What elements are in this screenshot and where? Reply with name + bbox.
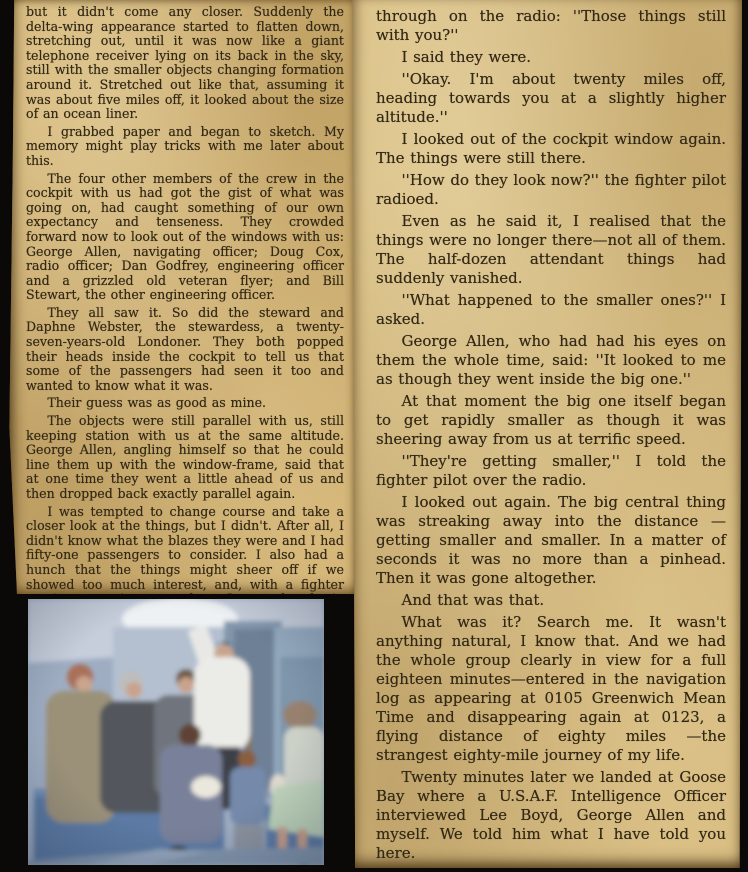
article-paragraph: ''They're getting smaller,'' I told the … [376,452,726,490]
right-column-clipping: through on the radio: ''Those things sti… [352,0,742,868]
article-paragraph: Twenty minutes later we landed at Goose … [376,768,726,863]
left-column-clipping: but it didn't come any closer. Suddenly … [8,0,354,594]
article-paragraph: Their guess was as good as mine. [26,396,344,411]
article-paragraph: I grabbed paper and began to sketch. My … [26,125,344,169]
right-column-text: through on the radio: ''Those things sti… [352,0,742,868]
article-paragraph: Even as he said it, I realised that the … [376,212,726,288]
article-paragraph: What was it? Search me. It wasn't anythi… [376,613,726,765]
article-paragraph: ''What happened to the smaller ones?'' I… [376,291,726,329]
article-paragraph: through on the radio: ''Those things sti… [376,7,726,45]
article-paragraph: At that moment the big one itself began … [376,392,726,449]
left-column-text: but it didn't come any closer. Suddenly … [8,0,354,594]
article-paragraph: ''Okay. I'm about twenty miles off, head… [376,70,726,127]
article-paragraph: The objects were still parallel with us,… [26,414,344,502]
article-paragraph: And that was that. [376,591,726,610]
cabin-photo [28,599,324,865]
article-paragraph: ''How do they look now?'' the fighter pi… [376,171,726,209]
article-paragraph: I said they were. [376,48,726,67]
article-paragraph: George Allen, who had had his eyes on th… [376,332,726,389]
article-paragraph: I looked out again. The big central thin… [376,493,726,588]
article-paragraph: I looked out of the cockpit window again… [376,130,726,168]
cabin-photo-graphic [28,599,324,865]
scanned-article-page: but it didn't come any closer. Suddenly … [0,0,748,872]
article-paragraph: They all saw it. So did the steward and … [26,306,344,394]
article-paragraph: I was tempted to change course and take … [26,505,344,594]
article-paragraph: The four other members of the crew in th… [26,172,344,303]
article-paragraph: but it didn't come any closer. Suddenly … [26,5,344,122]
